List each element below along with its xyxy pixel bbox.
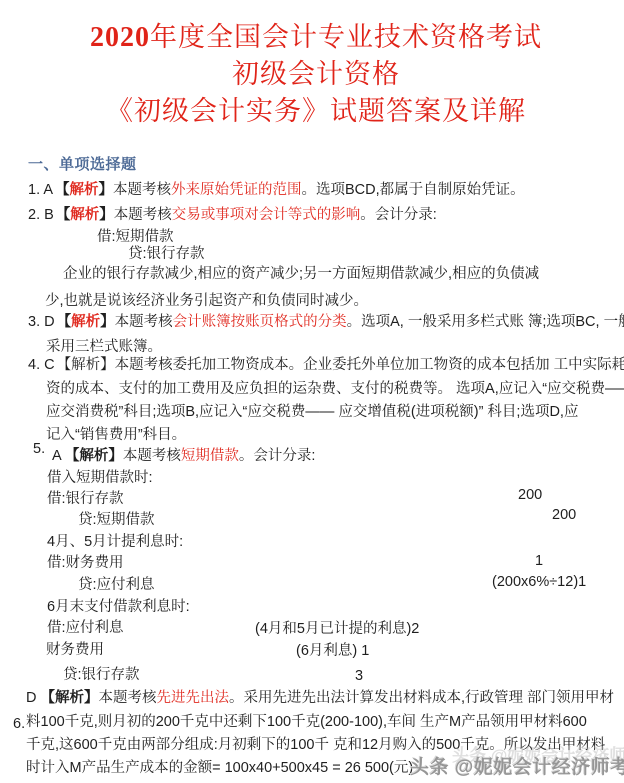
q4-line3: 应交消费税”科目;选项B,应记入“应交税费—— 应交增值税(进项税额)” 科目;… (46, 404, 578, 421)
q6-pre: 本题考核 (99, 690, 157, 706)
q4-line1: 4. C【解析】本题考核委托加工物资成本。企业委托外单位加工物资的成本包括加 工… (28, 357, 624, 374)
q2-rest: 。会计分录: (360, 207, 437, 223)
q2-topic: 交易或事项对会计等式的影响 (172, 207, 361, 223)
q5-step3-credit-amount: 3 (355, 668, 363, 685)
q6-line2: 料100千克,则月初的200千克中还剩下100千克(200-100),车间 生产… (26, 714, 587, 731)
q4-answer: 4. C (28, 357, 55, 373)
title-line-2: 初级会计资格 (36, 52, 596, 91)
q5-answer: A (52, 448, 65, 464)
q2-line1: 2. B【解析】本题考核交易或事项对会计等式的影响。会计分录: (28, 207, 437, 224)
title-line-1: 2020年度全国会计专业技术资格考试 (36, 15, 596, 54)
q3-line1: 3. D【解析】本题考核会计账簿按账页格式的分类。选项A, 一般采用多栏式账 簿… (28, 314, 624, 331)
q5-step1-credit: 贷:短期借款 (78, 512, 155, 529)
q6-jiexi-label: 【解析】 (41, 690, 99, 706)
q4-line1-text: 本题考核委托加工物资成本。企业委托外单位加工物资的成本包括加 工中实际耗用物 (115, 357, 624, 373)
q3-bracket-open: 【 (57, 314, 72, 330)
title-line-3: 《初级会计实务》试题答案及详解 (36, 89, 596, 128)
q6-answer: D (26, 690, 41, 706)
q1-pre: 本题考核 (113, 182, 171, 198)
q2-jiexi-label: 解析 (70, 207, 99, 223)
q3-answer: 3. D (28, 314, 55, 330)
section-heading: 一、单项选择题 (28, 153, 137, 174)
q2-note-line1: 企业的银行存款减少,相应的资产减少;另一方面短期借款减少,相应的负债减 (63, 266, 539, 283)
q5-step3-debit1-note: (4月和5月已计提的利息)2 (255, 621, 419, 638)
q5-topic: 短期借款 (181, 448, 239, 464)
q5-jiexi-label: 【解析】 (65, 448, 123, 464)
q6-number: 6. (13, 716, 25, 733)
q5-step3-label: 6月末支付借款利息时: (47, 599, 190, 616)
q5-step1-debit: 借:银行存款 (47, 491, 124, 508)
q5-step1-credit-amount: 200 (552, 507, 576, 524)
q2-note-line2: 少,也就是说该经济业务引起资产和负债同时减少。 (45, 293, 368, 310)
q6-topic: 先进先出法 (157, 690, 230, 706)
q5-number: 5. (33, 441, 45, 458)
q2-bracket-open: 【 (56, 207, 71, 223)
q5-step3-debit1: 借:应付利息 (47, 620, 124, 637)
q3-pre: 本题考核 (115, 314, 173, 330)
q1-answer: 1. A (28, 182, 53, 198)
q4-jiexi-label: 【解析】 (57, 357, 115, 373)
q1-bracket-open: 【 (55, 182, 70, 198)
q5-step2-label: 4月、5月计提利息时: (47, 534, 183, 551)
q2-entry-debit: 借:短期借款 (97, 229, 174, 246)
q5-step3-debit2: 财务费用 (46, 642, 104, 659)
q3-topic: 会计账簿按账页格式的分类 (173, 314, 347, 330)
document-page: 2020年度全国会计专业技术资格考试 初级会计资格 《初级会计实务》试题答案及详… (0, 0, 624, 783)
q5-step2-credit: 贷:应付利息 (78, 577, 155, 594)
q3-bracket-close: 】 (100, 314, 115, 330)
q4-line4: 记入“销售费用”科目。 (46, 427, 186, 444)
q2-pre: 本题考核 (114, 207, 172, 223)
q5-line1: A 【解析】本题考核短期借款。会计分录: (52, 448, 315, 465)
q6-line4: 时计入M产品生产成本的金额= 100x40+500x45 = 26 500(元) (26, 760, 413, 777)
q2-entry-credit: 贷:银行存款 (128, 246, 205, 263)
q1-line: 1. A【解析】本题考核外来原始凭证的范围。选项BCD,都属于自制原始凭证。 (28, 182, 525, 199)
q3-line2: 采用三栏式账簿。 (46, 339, 162, 356)
q5-step2-debit: 借:财务费用 (47, 555, 124, 572)
q1-rest: 。选项BCD,都属于自制原始凭证。 (302, 182, 525, 198)
q5-step3-credit: 贷:银行存款 (63, 667, 140, 684)
q4-line2: 资的成本、支付的加工费用及应负担的运杂费、支付的税费等。 选项A,应记入“应交税… (46, 381, 624, 398)
q5-rest: 。会计分录: (239, 448, 316, 464)
q5-step1-debit-amount: 200 (518, 487, 542, 504)
q5-step3-debit2-note: (6月利息) 1 (296, 643, 369, 660)
q6-line1-text: 。采用先进先出法计算发出材料成本,行政管理 部门领用甲材 (229, 690, 614, 706)
watermark: 头条 @妮妮会计经济师考证 (410, 752, 624, 779)
q2-bracket-close: 】 (99, 207, 114, 223)
q1-jiexi-label: 解析 (70, 182, 99, 198)
q1-topic: 外来原始凭证的范围 (171, 182, 302, 198)
q1-bracket-close: 】 (99, 182, 114, 198)
q3-rest: 。选项A, 一般采用多栏式账 簿;选项BC, 一般 (347, 314, 624, 330)
q2-answer: 2. B (28, 207, 54, 223)
title-year: 2020 (90, 22, 150, 53)
title-line-1-text: 年度全国会计专业技术资格考试 (150, 22, 542, 52)
q6-line1: D 【解析】本题考核先进先出法。采用先进先出法计算发出材料成本,行政管理 部门领… (26, 690, 614, 707)
q5-step2-credit-amount: (200x6%÷12)1 (492, 574, 586, 591)
q5-step1-label: 借入短期借款时: (47, 470, 153, 487)
q5-pre: 本题考核 (123, 448, 181, 464)
q5-step2-debit-amount: 1 (535, 553, 543, 570)
q3-jiexi-label: 解析 (71, 314, 100, 330)
